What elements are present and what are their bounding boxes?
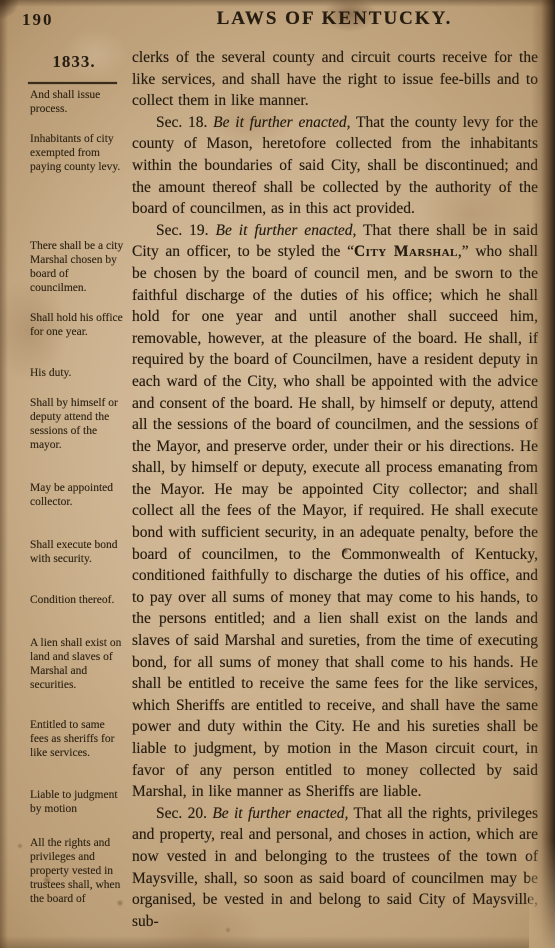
margin-note: A lien shall exist on land and slaves of… bbox=[30, 636, 125, 692]
paragraph: clerks of the several county and circuit… bbox=[132, 47, 538, 112]
margin-notes-column: And shall issue process. Inhabitants of … bbox=[0, 0, 130, 948]
margin-note: His duty. bbox=[30, 366, 125, 380]
book-page: 190 LAWS OF KENTUCKY. 1833. And shall is… bbox=[0, 0, 555, 948]
text-segment-normal: That all the rights, privileges and prop… bbox=[132, 805, 538, 930]
text-segment-normal: Sec. 19. bbox=[156, 222, 216, 239]
text-segment-normal: ,” who shall be chosen by the board of c… bbox=[132, 243, 538, 800]
paragraph: Sec. 19. Be it further enacted, That the… bbox=[132, 220, 538, 803]
text-segment-italic: Be it further enacted, bbox=[212, 805, 348, 822]
margin-note: And shall issue process. bbox=[30, 88, 125, 116]
statute-body-text: clerks of the several county and circuit… bbox=[132, 47, 538, 932]
text-segment-normal: clerks of the several county and circuit… bbox=[132, 49, 538, 109]
margin-note: Shall execute bond with security. bbox=[30, 538, 125, 566]
text-segment-italic: Be it further enacted, bbox=[216, 222, 357, 239]
margin-note: Inhabitants of city exempted from paying… bbox=[30, 132, 125, 174]
paragraph: Sec. 18. Be it further enacted, That the… bbox=[132, 112, 538, 220]
margin-note: May be appointed collector. bbox=[30, 481, 125, 509]
margin-note: Condition thereof. bbox=[30, 593, 125, 607]
margin-note: Entitled to same fees as sheriffs for li… bbox=[30, 718, 125, 760]
margin-note: All the rights and privileges and proper… bbox=[30, 836, 125, 906]
running-title: LAWS OF KENTUCKY. bbox=[132, 8, 537, 30]
text-segment-italic: Be it further enacted, bbox=[213, 114, 350, 131]
paragraph: Sec. 20. Be it further enacted, That all… bbox=[132, 803, 538, 933]
text-segment-normal: Sec. 20. bbox=[156, 805, 212, 822]
margin-note: There shall be a city Marshal chosen by … bbox=[30, 239, 125, 295]
margin-note: Shall hold his office for one year. bbox=[30, 311, 125, 339]
text-segment-normal: Sec. 18. bbox=[156, 114, 213, 131]
margin-note: Liable to judgment by motion bbox=[30, 788, 125, 816]
margin-note: Shall by himself or deputy attend the se… bbox=[30, 396, 125, 452]
text-segment-smallcaps: City Marshal bbox=[354, 243, 458, 260]
